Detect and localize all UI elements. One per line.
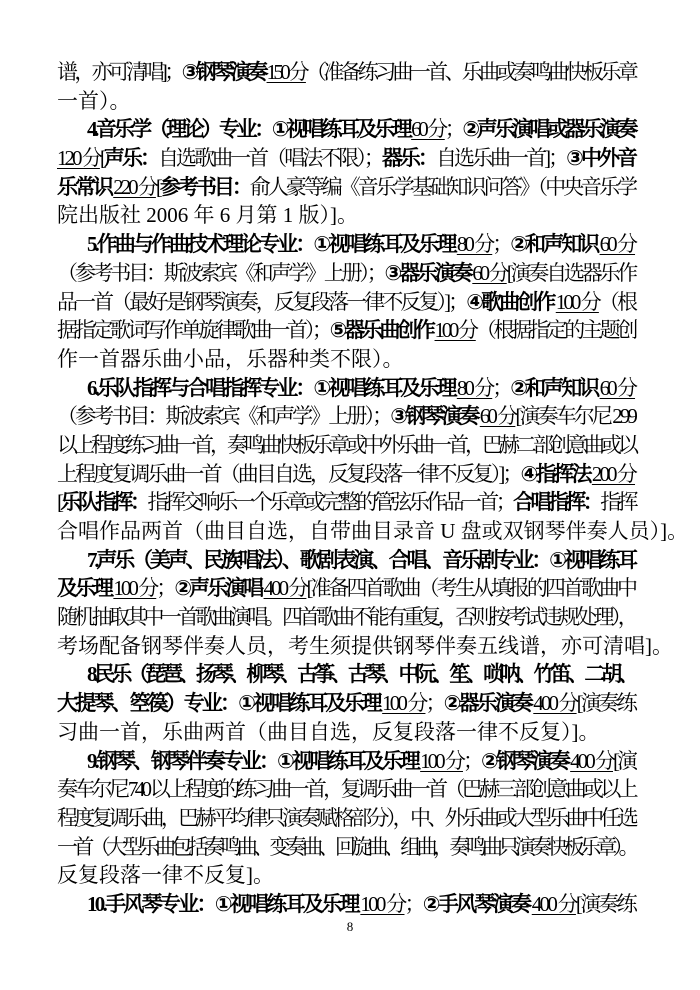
text-line-runs: 120 分[声乐：自选歌曲一首（唱法不限）；器乐：自选乐曲一首]；③中外音 bbox=[57, 146, 635, 170]
text-run: 作一首器乐曲小品，乐器种类不限）。 bbox=[57, 347, 404, 371]
text-run: 以上程度练习曲一首，奏鸣曲快板乐章或中外乐曲一首，巴赫二部创意曲或以 bbox=[57, 433, 635, 457]
text-line: 考场配备钢琴伴奏人员，考生须提供钢琴伴奏五线谱，亦可清唱]。 bbox=[57, 632, 635, 661]
text-run: ②和声知识 bbox=[510, 376, 599, 400]
document-page: 谱，亦可清唱]；③钢琴演奏 150 分（准备练习曲一首、乐曲或奏鸣曲快板乐章一首… bbox=[0, 0, 700, 990]
text-run: 品一首（最好是钢琴演奏，反复段落一律不反复）]； bbox=[57, 290, 466, 314]
text-line: 据指定歌词写作单旋律歌曲一首）；⑤器乐曲创作 100 分（根据指定的主题创 bbox=[57, 316, 635, 345]
text-line-runs: 8.民乐（琵琶、扬琴、柳琴、古筝、古琴、中阮、笙、唢呐、竹笛、二胡、 bbox=[87, 662, 635, 686]
text-line: 习曲一首，乐曲两首（曲目自选，反复段落一律不反复）]。 bbox=[57, 718, 635, 747]
text-line: 一首（大型乐曲包括奏鸣曲、变奏曲、回旋曲、组曲，奏鸣曲只演奏快板乐章）。 bbox=[57, 833, 635, 862]
text-line-runs: 一首）。 bbox=[57, 89, 131, 113]
text-run: 指挥交响乐一个乐章或完整的管弦乐作品一首； bbox=[147, 490, 513, 514]
text-run: 俞人豪等编《音乐学基础知识问答》（中央音乐学 bbox=[250, 175, 635, 199]
score-value: 60 分 bbox=[600, 232, 635, 256]
text-run: ③中外音 bbox=[566, 146, 635, 170]
text-run: 院出版社 2006 年 6 月第 1 版）]。 bbox=[57, 203, 358, 227]
text-line: 9.钢琴、钢琴伴奏专业：①视唱练耳及乐理 100 分；②钢琴演奏 400 分[演 bbox=[57, 747, 635, 776]
text-run: （参考书目：斯波索宾《和声学》上册）； bbox=[57, 404, 390, 428]
score-value: 150 分 bbox=[267, 60, 306, 84]
text-line: 5.作曲与作曲技术理论专业：①视唱练耳及乐理 80 分；②和声知识 60 分 bbox=[57, 230, 635, 259]
text-line: 以上程度练习曲一首，奏鸣曲快板乐章或中外乐曲一首，巴赫二部创意曲或以 bbox=[57, 431, 635, 460]
text-line-runs: 一首（大型乐曲包括奏鸣曲、变奏曲、回旋曲、组曲，奏鸣曲只演奏快板乐章）。 bbox=[57, 835, 635, 859]
text-run: 声乐： bbox=[104, 146, 158, 170]
text-run: ③器乐演奏 bbox=[385, 261, 473, 285]
score-value: 80 分 bbox=[457, 232, 492, 256]
text-run: 自选乐曲一首]； bbox=[436, 146, 566, 170]
text-run: ； bbox=[492, 376, 510, 400]
score-value: 200 分 bbox=[592, 462, 635, 486]
text-run: ②声乐演唱或器乐演奏 bbox=[462, 117, 635, 141]
text-line-runs: 合唱作品两首（曲目自选，自带曲目录音 U 盘或双钢琴伴奏人员）]。 bbox=[57, 519, 688, 543]
text-run: [演奏练 bbox=[577, 691, 635, 715]
text-run: 合唱作品两首（曲目自选，自带曲目录音 U 盘或双钢琴伴奏人员）]。 bbox=[57, 519, 688, 543]
text-run: 4.音乐学（理论）专业：①视唱练耳及乐理 bbox=[87, 117, 411, 141]
text-line: 6.乐队指挥与合唱指挥专业：①视唱练耳及乐理 80 分；②和声知识 60 分 bbox=[57, 374, 635, 403]
text-line-runs: 9.钢琴、钢琴伴奏专业：①视唱练耳及乐理 100 分；②钢琴演奏 400 分[演 bbox=[87, 749, 635, 773]
score-value: 120 分 bbox=[57, 146, 100, 170]
text-run: 上程度复调乐曲一首（曲目自选，反复段落一律不反复）]； bbox=[57, 462, 520, 486]
text-run: ； bbox=[492, 232, 510, 256]
text-line: 院出版社 2006 年 6 月第 1 版）]。 bbox=[57, 201, 635, 230]
text-line-runs: 4.音乐学（理论）专业：①视唱练耳及乐理 60 分；②声乐演唱或器乐演奏 bbox=[87, 117, 635, 141]
text-line: 程度复调乐曲，巴赫平均律只演奏赋格部分），中、外乐曲或大型乐曲中任选 bbox=[57, 804, 635, 833]
text-run: 奏车尔尼 740 以上程度的练习曲一首，复调乐曲一首（巴赫三部创意曲或以上 bbox=[57, 777, 635, 801]
text-run: 乐队指挥： bbox=[60, 490, 147, 514]
text-line-runs: 习曲一首，乐曲两首（曲目自选，反复段落一律不反复）]。 bbox=[57, 720, 600, 744]
text-line-runs: 大提琴、箜篌）专业：①视唱练耳及乐理 100 分；②器乐演奏 400 分[演奏练 bbox=[57, 691, 635, 715]
score-value: 60 分 bbox=[600, 376, 635, 400]
text-run: 参考书目： bbox=[160, 175, 250, 199]
text-line: 4.音乐学（理论）专业：①视唱练耳及乐理 60 分；②声乐演唱或器乐演奏 bbox=[57, 115, 635, 144]
text-line: 7.声乐（美声、民族唱法）、歌剧表演、合唱、音乐剧专业：①视唱练耳 bbox=[57, 546, 635, 575]
text-run: [演奏自选器乐作 bbox=[507, 261, 635, 285]
score-value: 100 分 bbox=[556, 290, 599, 314]
text-line: 作一首器乐曲小品，乐器种类不限）。 bbox=[57, 345, 635, 374]
score-value: 60 分 bbox=[411, 117, 445, 141]
text-run: 考场配备钢琴伴奏人员，考生须提供钢琴伴奏五线谱，亦可清唱]。 bbox=[57, 634, 673, 658]
text-run: ； bbox=[404, 892, 422, 916]
score-value: 100 分 bbox=[360, 892, 404, 916]
text-line: 及乐理 100 分；②声乐演唱 400 分[准备四首歌曲（考生从填报的四首歌曲中 bbox=[57, 574, 635, 603]
text-line-runs: 5.作曲与作曲技术理论专业：①视唱练耳及乐理 80 分；②和声知识 60 分 bbox=[87, 232, 635, 256]
text-line: [乐队指挥：指挥交响乐一个乐章或完整的管弦乐作品一首；合唱指挥：指挥 bbox=[57, 488, 635, 517]
text-run: ②和声知识 bbox=[510, 232, 599, 256]
text-run: 合唱指挥： bbox=[513, 490, 600, 514]
text-run: ⑤器乐曲创作 bbox=[330, 318, 435, 342]
text-line: 奏车尔尼 740 以上程度的练习曲一首，复调乐曲一首（巴赫三部创意曲或以上 bbox=[57, 775, 635, 804]
text-line: 120 分[声乐：自选歌曲一首（唱法不限）；器乐：自选乐曲一首]；③中外音 bbox=[57, 144, 635, 173]
text-run: 据指定歌词写作单旋律歌曲一首）； bbox=[57, 318, 330, 342]
text-run: 器乐： bbox=[382, 146, 436, 170]
text-run: 乐常识 bbox=[57, 175, 113, 199]
text-run: ②声乐演唱 bbox=[174, 576, 263, 600]
text-line: 乐常识 220 分[参考书目：俞人豪等编《音乐学基础知识问答》（中央音乐学 bbox=[57, 173, 635, 202]
text-run: 习曲一首，乐曲两首（曲目自选，反复段落一律不反复）]。 bbox=[57, 720, 600, 744]
text-line: 谱，亦可清唱]；③钢琴演奏 150 分（准备练习曲一首、乐曲或奏鸣曲快板乐章 bbox=[57, 58, 635, 87]
text-run: ③钢琴演奏 bbox=[390, 404, 480, 428]
text-line-runs: 考场配备钢琴伴奏人员，考生须提供钢琴伴奏五线谱，亦可清唱]。 bbox=[57, 634, 673, 658]
text-run: （根 bbox=[599, 290, 635, 314]
text-line-runs: 奏车尔尼 740 以上程度的练习曲一首，复调乐曲一首（巴赫三部创意曲或以上 bbox=[57, 777, 635, 801]
text-run: [准备四首歌曲（考生从填报的四首歌曲中 bbox=[306, 576, 635, 600]
text-run: ； bbox=[445, 117, 463, 141]
text-run: ③钢琴演奏 bbox=[182, 60, 267, 84]
score-value: 100 分 bbox=[420, 749, 463, 773]
text-run: 及乐理 bbox=[57, 576, 113, 600]
text-run: （准备练习曲一首、乐曲或奏鸣曲快板乐章 bbox=[306, 60, 635, 84]
text-run: 随机抽取其中一首歌曲演唱。四首歌曲不能有重复，否则按考试违规处理）， bbox=[57, 605, 635, 629]
score-value: 100 分 bbox=[435, 318, 476, 342]
text-line-runs: 品一首（最好是钢琴演奏，反复段落一律不反复）]；④歌曲创作 100 分（根 bbox=[57, 290, 635, 314]
text-run: 7.声乐（美声、民族唱法）、歌剧表演、合唱、音乐剧专业：①视唱练耳 bbox=[87, 548, 635, 572]
text-run: （根据指定的主题创 bbox=[476, 318, 635, 342]
text-line-runs: 据指定歌词写作单旋律歌曲一首）；⑤器乐曲创作 100 分（根据指定的主题创 bbox=[57, 318, 635, 342]
score-value: 80 分 bbox=[457, 376, 492, 400]
text-run: ； bbox=[463, 749, 481, 773]
text-run: 8.民乐（琵琶、扬琴、柳琴、古筝、古琴、中阮、笙、唢呐、竹笛、二胡、 bbox=[87, 662, 635, 686]
text-run: 指挥 bbox=[600, 490, 635, 514]
text-run: （参考书目：斯波索宾《和声学》上册）； bbox=[57, 261, 385, 285]
text-run: ②手风琴演奏 bbox=[423, 892, 532, 916]
text-line-runs: 院出版社 2006 年 6 月第 1 版）]。 bbox=[57, 203, 358, 227]
text-line-runs: 随机抽取其中一首歌曲演唱。四首歌曲不能有重复，否则按考试违规处理）， bbox=[57, 605, 635, 629]
text-line-runs: 及乐理 100 分；②声乐演唱 400 分[准备四首歌曲（考生从填报的四首歌曲中 bbox=[57, 576, 635, 600]
text-line-runs: 6.乐队指挥与合唱指挥专业：①视唱练耳及乐理 80 分；②和声知识 60 分 bbox=[87, 376, 635, 400]
text-line-runs: 作一首器乐曲小品，乐器种类不限）。 bbox=[57, 347, 404, 371]
text-run: 9.钢琴、钢琴伴奏专业：①视唱练耳及乐理 bbox=[87, 749, 420, 773]
text-run: 自选歌曲一首（唱法不限）； bbox=[158, 146, 382, 170]
text-line-runs: 谱，亦可清唱]；③钢琴演奏 150 分（准备练习曲一首、乐曲或奏鸣曲快板乐章 bbox=[57, 60, 635, 84]
text-line: （参考书目：斯波索宾《和声学》上册）；③钢琴演奏 60 分[演奏车尔尼 299 bbox=[57, 402, 635, 431]
text-run: 10.手风琴专业：①视唱练耳及乐理 bbox=[87, 892, 360, 916]
text-line: 一首）。 bbox=[57, 87, 635, 116]
text-line-runs: [乐队指挥：指挥交响乐一个乐章或完整的管弦乐作品一首；合唱指挥：指挥 bbox=[57, 490, 635, 514]
text-line-runs: （参考书目：斯波索宾《和声学》上册）；③器乐演奏 60 分[演奏自选器乐作 bbox=[57, 261, 635, 285]
score-value: 220 分 bbox=[113, 175, 156, 199]
score-value: 400 分 bbox=[570, 749, 613, 773]
text-run: 5.作曲与作曲技术理论专业：①视唱练耳及乐理 bbox=[87, 232, 457, 256]
text-line: 8.民乐（琵琶、扬琴、柳琴、古筝、古琴、中阮、笙、唢呐、竹笛、二胡、 bbox=[57, 660, 635, 689]
text-run: 反复段落一律不反复]。 bbox=[57, 863, 274, 887]
text-line-runs: 上程度复调乐曲一首（曲目自选，反复段落一律不反复）]；④指挥法 200 分 bbox=[57, 462, 635, 486]
text-run: [演奏车尔尼 299 bbox=[515, 404, 635, 428]
text-line-runs: 以上程度练习曲一首，奏鸣曲快板乐章或中外乐曲一首，巴赫二部创意曲或以 bbox=[57, 433, 635, 457]
text-line: 上程度复调乐曲一首（曲目自选，反复段落一律不反复）]；④指挥法 200 分 bbox=[57, 460, 635, 489]
text-run: 大提琴、箜篌）专业：①视唱练耳及乐理 bbox=[57, 691, 382, 715]
score-value: 400 分 bbox=[533, 691, 576, 715]
text-line: 品一首（最好是钢琴演奏，反复段落一律不反复）]；④歌曲创作 100 分（根 bbox=[57, 288, 635, 317]
text-line-runs: 10.手风琴专业：①视唱练耳及乐理 100 分；②手风琴演奏 400 分[演奏练 bbox=[87, 892, 635, 916]
score-value: 60 分 bbox=[480, 404, 516, 428]
text-run: ④指挥法 bbox=[520, 462, 591, 486]
text-run: ； bbox=[425, 691, 443, 715]
text-run: 程度复调乐曲，巴赫平均律只演奏赋格部分），中、外乐曲或大型乐曲中任选 bbox=[57, 806, 635, 830]
text-line-runs: 反复段落一律不反复]。 bbox=[57, 863, 274, 887]
text-run: ②钢琴演奏 bbox=[481, 749, 570, 773]
page-number: 8 bbox=[0, 919, 700, 934]
text-line: 合唱作品两首（曲目自选，自带曲目录音 U 盘或双钢琴伴奏人员）]。 bbox=[57, 517, 635, 546]
text-line-runs: 程度复调乐曲，巴赫平均律只演奏赋格部分），中、外乐曲或大型乐曲中任选 bbox=[57, 806, 635, 830]
text-line: 随机抽取其中一首歌曲演唱。四首歌曲不能有重复，否则按考试违规处理）， bbox=[57, 603, 635, 632]
text-run: [演 bbox=[613, 749, 635, 773]
score-value: 60 分 bbox=[472, 261, 506, 285]
text-line-runs: （参考书目：斯波索宾《和声学》上册）；③钢琴演奏 60 分[演奏车尔尼 299 bbox=[57, 404, 635, 428]
text-line-runs: 7.声乐（美声、民族唱法）、歌剧表演、合唱、音乐剧专业：①视唱练耳 bbox=[87, 548, 635, 572]
text-line: 10.手风琴专业：①视唱练耳及乐理 100 分；②手风琴演奏 400 分[演奏练 bbox=[57, 890, 635, 919]
text-run: ④歌曲创作 bbox=[466, 290, 555, 314]
score-value: 100 分 bbox=[382, 691, 425, 715]
text-line: 大提琴、箜篌）专业：①视唱练耳及乐理 100 分；②器乐演奏 400 分[演奏练 bbox=[57, 689, 635, 718]
text-run: 谱，亦可清唱]； bbox=[57, 60, 182, 84]
text-run: 一首）。 bbox=[57, 89, 131, 113]
score-value: 400 分 bbox=[532, 892, 576, 916]
text-line: 反复段落一律不反复]。 bbox=[57, 861, 635, 890]
text-block: 谱，亦可清唱]；③钢琴演奏 150 分（准备练习曲一首、乐曲或奏鸣曲快板乐章一首… bbox=[57, 58, 635, 919]
score-value: 100 分 bbox=[113, 576, 156, 600]
text-line-runs: 乐常识 220 分[参考书目：俞人豪等编《音乐学基础知识问答》（中央音乐学 bbox=[57, 175, 635, 199]
text-run: ； bbox=[156, 576, 174, 600]
text-run: ②器乐演奏 bbox=[444, 691, 534, 715]
text-run: 6.乐队指挥与合唱指挥专业：①视唱练耳及乐理 bbox=[87, 376, 457, 400]
score-value: 400 分 bbox=[264, 576, 307, 600]
text-run: 一首（大型乐曲包括奏鸣曲、变奏曲、回旋曲、组曲，奏鸣曲只演奏快板乐章）。 bbox=[57, 835, 635, 859]
text-run: [演奏练 bbox=[576, 892, 635, 916]
text-line: （参考书目：斯波索宾《和声学》上册）；③器乐演奏 60 分[演奏自选器乐作 bbox=[57, 259, 635, 288]
